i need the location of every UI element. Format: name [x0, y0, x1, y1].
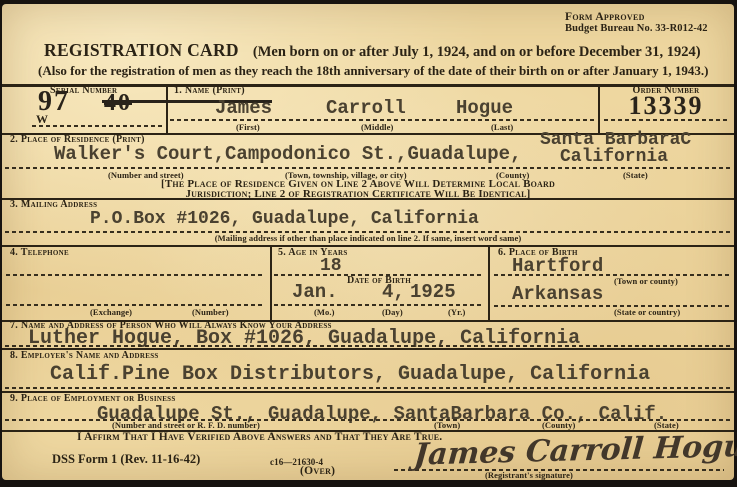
year-caption: (Yr.) — [448, 307, 465, 317]
telephone-fill-line-1 — [6, 274, 264, 276]
contact-person-fill-line — [5, 345, 731, 347]
dob-month-value: Jan. — [292, 281, 338, 303]
employer-label: 8. Employer's Name and Address — [10, 350, 159, 361]
birth-town-caption: (Town or county) — [614, 276, 678, 286]
title-line: REGISTRATION CARD (Men born on or after … — [44, 40, 701, 61]
residence-state-value: California — [560, 147, 668, 167]
row-serial-name-order: Serial Number 97 W 40 1. Name (Print) Ja… — [2, 84, 734, 135]
order-number-cell: Order Number 13339 — [598, 84, 734, 133]
affirmation-text: I Affirm That I Have Verified Above Answ… — [77, 431, 442, 443]
number-caption: (Number) — [192, 307, 229, 317]
name-last-value: Hogue — [456, 97, 513, 119]
birth-state-fill-line — [494, 305, 730, 307]
serial-number-cell: Serial Number 97 W 40 — [2, 84, 166, 133]
row-contact-person: 7. Name and Address of Person Who Will A… — [2, 320, 734, 350]
budget-bureau-number: Budget Bureau No. 33-R012-42 — [565, 23, 708, 34]
birth-state-caption: (State or country) — [614, 307, 680, 317]
employer-fill-line — [5, 387, 731, 389]
first-caption: (First) — [236, 122, 260, 132]
employment-caption-state: (State) — [654, 420, 679, 430]
over-label: (Over) — [300, 465, 335, 477]
card-title-note: (Men born on or after July 1, 1924, and … — [253, 44, 701, 60]
card-title: REGISTRATION CARD — [44, 40, 239, 60]
last-caption: (Last) — [491, 122, 513, 132]
form-id-text: DSS Form 1 (Rev. 11-16-42) — [52, 452, 200, 467]
telephone-fill-line-2 — [6, 304, 264, 306]
dob-fill-line — [274, 304, 482, 306]
row-place-of-residence: 2. Place of Residence (Print) Walker's C… — [2, 133, 734, 200]
row-mailing-address: 3. Mailing Address P.O.Box #1026, Guadal… — [2, 198, 734, 247]
month-caption: (Mo.) — [314, 307, 335, 317]
dob-day-value: 4, — [382, 281, 405, 303]
dob-year-value: 1925 — [410, 281, 456, 303]
mailing-label: 3. Mailing Address — [10, 199, 97, 210]
registration-card: Form Approved Budget Bureau No. 33-R012-… — [2, 4, 734, 480]
age-value: 18 — [320, 256, 342, 276]
row-place-of-employment: 9. Place of Employment or Business Guada… — [2, 391, 734, 432]
telephone-label: 4. Telephone — [10, 247, 69, 258]
employer-value: Calif.Pine Box Distributors, Guadalupe, … — [50, 363, 650, 386]
form-approval-block: Form Approved Budget Bureau No. 33-R012-… — [565, 11, 708, 34]
form-approved-text: Form Approved — [565, 11, 708, 23]
employment-caption-street: (Number and street or R. F. D. number) — [112, 420, 260, 430]
exchange-caption: (Exchange) — [90, 307, 132, 317]
card-subtitle: (Also for the registration of men as the… — [38, 63, 709, 79]
employment-caption-county: (County) — [542, 420, 575, 430]
mailing-caption: (Mailing address if other than place ind… — [2, 233, 734, 243]
name-middle-value: Carroll — [326, 97, 406, 119]
day-caption: (Day) — [382, 307, 403, 317]
name-fill-line — [170, 119, 594, 121]
card-header: Form Approved Budget Bureau No. 33-R012-… — [2, 4, 734, 87]
row-employer: 8. Employer's Name and Address Calif.Pin… — [2, 348, 734, 393]
employment-caption-town: (Town) — [434, 420, 460, 430]
order-number-value: 13339 — [598, 91, 734, 121]
card-footer: DSS Form 1 (Rev. 11-16-42) c16—21630-4 (… — [2, 444, 734, 480]
signature-caption: (Registrant's signature) — [485, 470, 573, 480]
order-fill-line — [604, 119, 728, 121]
name-cell: 1. Name (Print) James Carroll Hogue (Fir… — [166, 84, 598, 133]
name-first-value: James — [215, 97, 272, 119]
mailing-value: P.O.Box #1026, Guadalupe, California — [90, 209, 479, 229]
birth-town-fill-line — [494, 274, 730, 276]
residence-fill-line — [5, 167, 731, 169]
serial-fill-line — [32, 125, 162, 127]
row-telephone-age-birth: 4. Telephone (Exchange) (Number) 5. Age … — [2, 245, 734, 322]
place-of-birth-cell: 6. Place of Birth Hartford (Town or coun… — [488, 245, 734, 320]
middle-caption: (Middle) — [361, 122, 393, 132]
telephone-cell: 4. Telephone (Exchange) (Number) — [2, 245, 270, 320]
age-dob-cell: 5. Age in Years 18 Date of Birth Jan. 4,… — [270, 245, 488, 320]
birth-state-value: Arkansas — [512, 283, 603, 305]
residence-value: Walker's Court,Campodonico St.,Guadalupe… — [54, 143, 521, 165]
name-label: 1. Name (Print) — [174, 85, 245, 96]
